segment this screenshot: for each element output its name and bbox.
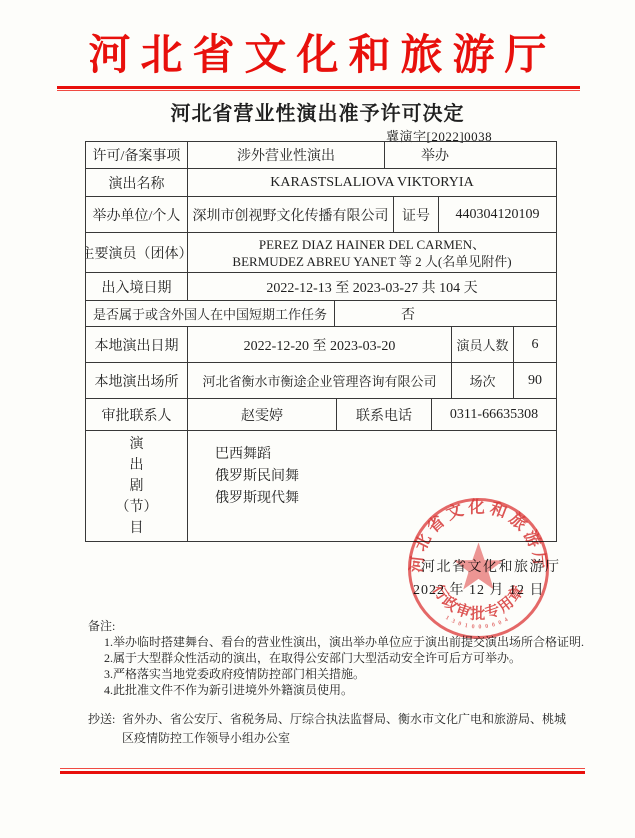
- program-item: 巴西舞蹈: [215, 444, 271, 466]
- entry-exit-value: 2022-12-13 至 2023-03-27 共 104 天: [187, 273, 556, 300]
- short-term-work-value: 否: [334, 301, 556, 326]
- table-row-local-venue: 本地演出场所 河北省衡水市衡途企业管理咨询有限公司 场次 90: [86, 363, 556, 399]
- performers-label: 主要演员（团体）: [86, 233, 187, 272]
- permit-item-label: 许可/备案事项: [86, 142, 187, 168]
- cert-no-value: 440304120109: [438, 197, 556, 232]
- cc-label: 抄送:: [88, 710, 122, 748]
- header-org-title: 河北省文化和旅游厅: [0, 22, 635, 82]
- table-row-organizer: 举办单位/个人 深圳市创视野文化传播有限公司 证号 440304120109: [86, 197, 556, 233]
- performers-line2: BERMUDEZ ABREU YANET 等 2 人(名单见附件): [232, 253, 511, 270]
- performer-count-value: 6: [513, 327, 556, 362]
- permit-item-value: 涉外营业性演出: [187, 142, 384, 168]
- program-label-line: （节）: [116, 497, 158, 518]
- header-divider-thin: [57, 90, 580, 91]
- footer-divider: [60, 768, 585, 774]
- local-date-label: 本地演出日期: [86, 327, 187, 362]
- program-label-line: 目: [130, 518, 144, 539]
- performance-name-value: KARASTSLALIOVA VIKTORYIA: [187, 169, 556, 196]
- table-row-local-date: 本地演出日期 2022-12-20 至 2023-03-20 演员人数 6: [86, 327, 556, 363]
- table-row-short-term-work: 是否属于或含外国人在中国短期工作任务 否: [86, 301, 556, 327]
- note-item: 4.此批准文件不作为新引进境外外籍演员使用。: [88, 682, 580, 698]
- short-term-work-label: 是否属于或含外国人在中国短期工作任务: [86, 301, 334, 326]
- document-page: 河北省文化和旅游厅 河北省营业性演出准予许可决定 冀演字[2022]0038 许…: [0, 0, 635, 838]
- footer-divider-thick: [60, 771, 585, 774]
- cert-no-label: 证号: [393, 197, 438, 232]
- note-item: 3.严格落实当地党委政府疫情防控部门相关措施。: [88, 666, 580, 682]
- program-label: 演 出 剧 （节） 目: [86, 431, 187, 541]
- performers-line1: PEREZ DIAZ HAINER DEL CARMEN、: [259, 236, 485, 253]
- program-item: 俄罗斯现代舞: [215, 488, 299, 510]
- program-item: 俄罗斯民间舞: [215, 466, 299, 488]
- footer-divider-thin: [60, 768, 585, 769]
- performers-value: PEREZ DIAZ HAINER DEL CARMEN、 BERMUDEZ A…: [187, 233, 556, 272]
- local-date-value: 2022-12-20 至 2023-03-20: [187, 327, 451, 362]
- contact-label: 审批联系人: [86, 399, 187, 430]
- performance-name-label: 演出名称: [86, 169, 187, 196]
- contact-name: 赵雯婷: [187, 399, 336, 430]
- permit-item-mode: 举办: [384, 142, 556, 168]
- table-row-performance-name: 演出名称 KARASTSLALIOVA VIKTORYIA: [86, 169, 556, 197]
- program-label-line: 演: [130, 434, 144, 455]
- stamp-star-icon: [454, 543, 503, 590]
- program-label-line: 出: [130, 455, 144, 476]
- svg-text:行政审批专用章: 行政审批专用章: [429, 581, 529, 622]
- table-row-performers: 主要演员（团体） PEREZ DIAZ HAINER DEL CARMEN、 B…: [86, 233, 556, 273]
- entry-exit-label: 出入境日期: [86, 273, 187, 300]
- document-title: 河北省营业性演出准予许可决定: [0, 97, 635, 126]
- organizer-label: 举办单位/个人: [86, 197, 187, 232]
- cc-section: 抄送: 省外办、省公安厅、省税务局、厅综合执法监督局、衡水市文化广电和旅游局、桃…: [88, 710, 570, 748]
- table-row-contact: 审批联系人 赵雯婷 联系电话 0311-66635308: [86, 399, 556, 431]
- header-divider: [57, 86, 580, 91]
- program-label-line: 剧: [130, 476, 144, 497]
- contact-phone-label: 联系电话: [336, 399, 431, 430]
- cc-value: 省外办、省公安厅、省税务局、厅综合执法监督局、衡水市文化广电和旅游局、桃城区疫情…: [122, 710, 570, 748]
- organizer-value: 深圳市创视野文化传播有限公司: [187, 197, 393, 232]
- performer-count-label: 演员人数: [451, 327, 513, 362]
- official-stamp: 河北省文化和旅游厅 行政审批专用章 1301000004: [391, 481, 566, 656]
- local-venue-label: 本地演出场所: [86, 363, 187, 398]
- session-count-value: 90: [513, 363, 556, 398]
- table-row-permit-item: 许可/备案事项 涉外营业性演出 举办: [86, 142, 556, 169]
- header-divider-thick: [57, 86, 580, 89]
- stamp-arc-bottom-text: 行政审批专用章: [429, 581, 529, 622]
- session-count-label: 场次: [451, 363, 513, 398]
- contact-phone-value: 0311-66635308: [431, 399, 556, 430]
- local-venue-value: 河北省衡水市衡途企业管理咨询有限公司: [187, 363, 451, 398]
- table-row-entry-exit: 出入境日期 2022-12-13 至 2023-03-27 共 104 天: [86, 273, 556, 301]
